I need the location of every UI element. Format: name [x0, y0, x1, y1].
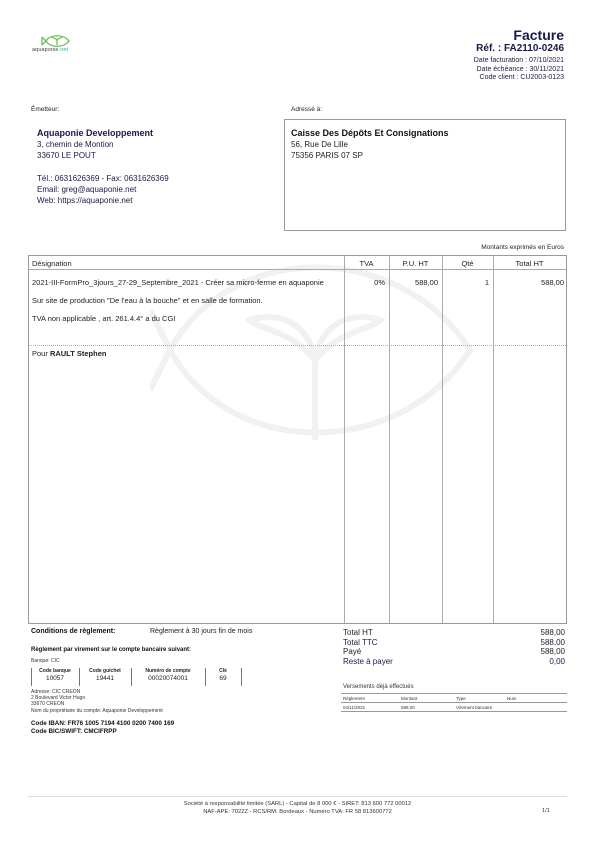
bic-swift: Code BIC/SWIFT: CMCIFRPP: [31, 728, 174, 736]
payments-col-num: Num: [507, 696, 517, 701]
line-item-designation: 2021-III-FormPro_3jours_27-29_Septembre_…: [32, 278, 344, 288]
col-header-pu-ht: P.U. HT: [389, 259, 442, 268]
payment-amount: 588,00: [401, 705, 415, 710]
line-item-description: 2021-III-FormPro_3jours_27-29_Septembre_…: [32, 278, 344, 332]
recipient-address-1: 56, Rue De Lille: [291, 139, 449, 150]
account-number-value: 00020074001: [132, 675, 204, 683]
payment-type: Virement bancaire: [456, 705, 492, 710]
sender-phone: Tél.: 0631626369 - Fax: 0631626369: [37, 173, 169, 184]
col-divider: [389, 256, 390, 623]
account-number-col: Numéro de compte 00020074001: [131, 668, 204, 686]
rib-key-value: 69: [206, 675, 240, 683]
line-item-total-ht: 588,00: [493, 278, 564, 287]
line-item-tax-note: TVA non applicable , art. 261.4.4° a du …: [32, 314, 344, 324]
sender-web[interactable]: Web: https://aquaponie.net: [37, 195, 169, 206]
payments-header-row: Règlement Montant Type Num: [341, 693, 567, 702]
total-ttc-label: Total TTC: [343, 638, 378, 648]
sender-address-2: 33670 LE POUT: [37, 150, 169, 161]
total-ht-label: Total HT: [343, 628, 373, 638]
branch-code-value: 19441: [80, 675, 130, 683]
paid-label: Payé: [343, 647, 361, 657]
bank-name: Banque: CIC: [31, 658, 60, 664]
balance-due-value: 0,00: [549, 657, 565, 667]
account-number-header: Numéro de compte: [132, 668, 204, 675]
bank-code-header: Code banque: [32, 668, 78, 675]
total-ht-row: Total HT588,00: [343, 628, 565, 638]
invoice-reference: Réf. : FA2110-0246: [476, 43, 564, 54]
line-item-pu-ht: 588,00: [389, 278, 438, 287]
client-code: Code client : CU2003-0123: [474, 74, 564, 83]
bank-codes: Code IBAN: FR76 1005 7194 4100 0200 7400…: [31, 720, 174, 736]
col-header-designation: Désignation: [32, 259, 72, 268]
rib-key-header: Clé: [206, 668, 240, 675]
paid-value: 588,00: [541, 647, 565, 657]
recipient-block: Caisse Des Dépôts Et Consignations 56, R…: [291, 128, 449, 161]
invoice-date: Date facturation : 07/10/2021: [474, 57, 564, 66]
branch-code-header: Code guichet: [80, 668, 130, 675]
iban: Code IBAN: FR76 1005 7194 4100 0200 7400…: [31, 720, 174, 728]
company-logo-text: aquaponie.net: [32, 47, 68, 53]
col-header-qte: Qté: [442, 259, 493, 268]
logo-suffix: .net: [59, 47, 69, 53]
payments-made-title: Versements déjà effectués: [343, 684, 414, 690]
payments-col-date: Règlement: [343, 696, 365, 701]
logo-name: aquaponie: [32, 47, 59, 53]
invoice-meta: Date facturation : 07/10/2021 Date échéa…: [474, 57, 564, 83]
due-date: Date échéance : 30/11/2021: [474, 66, 564, 75]
col-header-tva: TVA: [344, 259, 389, 268]
paid-row: Payé588,00: [343, 647, 565, 657]
bank-code-value: 10057: [32, 675, 78, 683]
payment-conditions-label: Conditions de règlement:: [31, 628, 115, 635]
sender-name: Aquaponie Developpement: [37, 128, 169, 139]
bank-address: Adresse: CIC CREON 2 Boulevard Victor Hu…: [31, 689, 163, 714]
col-divider: [442, 256, 443, 623]
recipient-address-2: 75356 PARIS 07 SP: [291, 150, 449, 161]
rib-key-col: Clé 69: [205, 668, 240, 686]
line-item-detail: Sur site de production "De l'eau à la bo…: [32, 296, 344, 306]
payments-col-type: Type: [456, 696, 466, 701]
row-divider: [29, 345, 566, 346]
bank-code-col: Code banque 10057: [31, 668, 78, 686]
recipient-label: Adressé à:: [291, 106, 322, 113]
page-number: 1/1: [542, 808, 550, 814]
document-title: Facture: [513, 27, 564, 43]
line-item-qte: 1: [442, 278, 489, 287]
payments-col-amount: Montant: [401, 696, 417, 701]
beneficiary-name: RAULT Stephen: [50, 349, 107, 358]
sender-address-1: 3, chemin de Montion: [37, 139, 169, 150]
beneficiary-prefix: Pour: [32, 349, 50, 358]
col-header-total-ht: Total HT: [493, 259, 566, 268]
invoice-lines-table: Désignation TVA P.U. HT Qté Total HT 202…: [28, 255, 567, 624]
sender-block: Aquaponie Developpement 3, chemin de Mon…: [37, 128, 169, 206]
sender-label: Émetteur:: [31, 106, 59, 113]
line-item-tva: 0%: [344, 278, 385, 287]
totals-block: Total HT588,00 Total TTC588,00 Payé588,0…: [343, 628, 565, 666]
payments-made-table: Règlement Montant Type Num 04/11/2021 58…: [341, 693, 567, 712]
balance-due-row: Reste à payer0,00: [343, 657, 565, 667]
total-ttc-value: 588,00: [541, 638, 565, 648]
total-ttc-row: Total TTC588,00: [343, 638, 565, 648]
total-ht-value: 588,00: [541, 628, 565, 638]
payment-row: 04/11/2021 588,00 Virement bancaire: [341, 702, 567, 712]
footer-line-2: NAF-APE: 7022Z - RCS/RM: Bordeaux - Numé…: [0, 808, 595, 816]
footer-legal: Société à responsabilité limitée (SARL) …: [0, 800, 595, 817]
balance-due-label: Reste à payer: [343, 657, 393, 667]
account-owner: Nom du propriétaire du compte: Aquaponie…: [31, 708, 163, 714]
beneficiary-note: Pour RAULT Stephen: [32, 349, 106, 358]
footer-divider: [28, 796, 567, 797]
footer-line-1: Société à responsabilité limitée (SARL) …: [0, 800, 595, 808]
payment-date: 04/11/2021: [343, 705, 365, 710]
branch-code-col: Code guichet 19441: [79, 668, 130, 686]
sender-email[interactable]: Email: greg@aquaponie.net: [37, 184, 169, 195]
bank-transfer-label: Règlement par virement sur le compte ban…: [31, 647, 191, 653]
currency-note: Montants exprimés en Euros: [481, 244, 564, 251]
header-divider: [29, 269, 566, 270]
bank-table-end: [241, 668, 242, 686]
payment-conditions-value: Règlement à 30 jours fin de mois: [150, 628, 252, 635]
conditions-label-text: Conditions de règlement:: [31, 628, 115, 635]
col-divider: [344, 256, 345, 623]
col-divider: [493, 256, 494, 623]
recipient-name: Caisse Des Dépôts Et Consignations: [291, 128, 449, 139]
